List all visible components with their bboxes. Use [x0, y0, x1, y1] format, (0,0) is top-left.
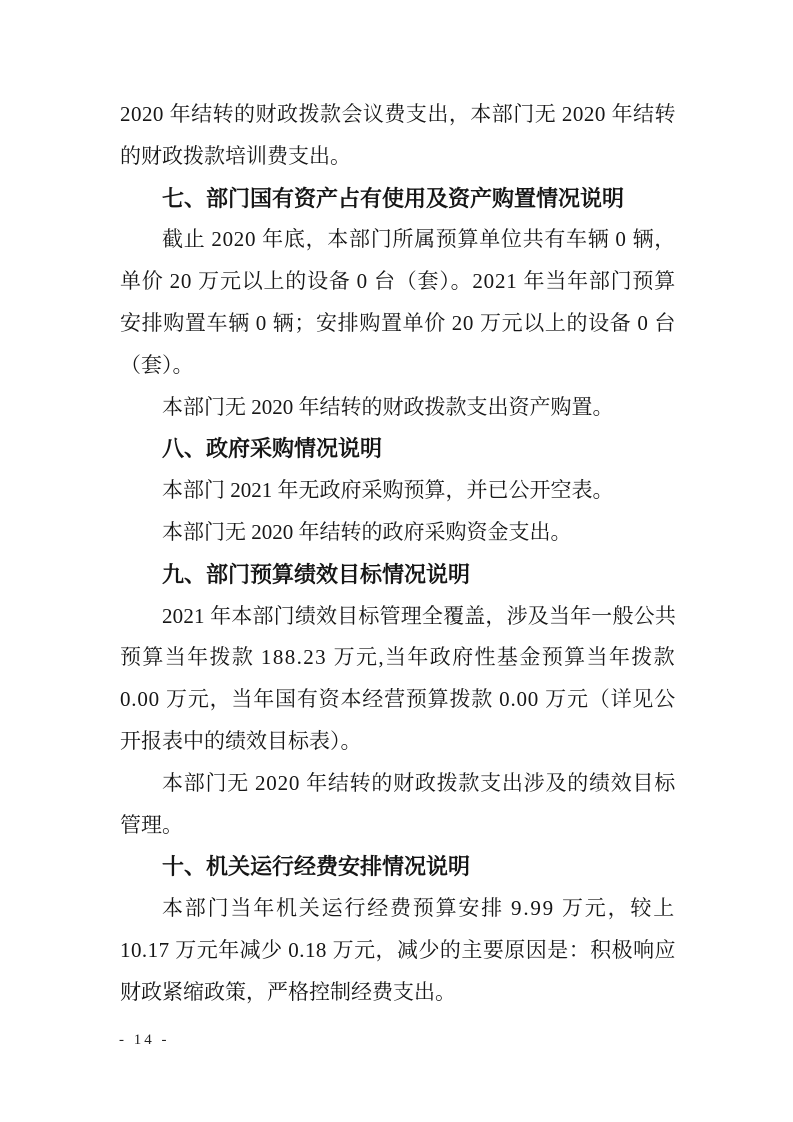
text-line-content: 0.00 万元，当年国有资本经营预算拨款 0.00 万元（详见公 — [120, 687, 676, 711]
text-line-content: 本部门无 2020 年结转的政府采购资金支出。 — [162, 520, 572, 544]
text-line: 预算当年拨款 188.23 万元,当年政府性基金预算当年拨款 — [120, 637, 676, 679]
text-line: 2021 年本部门绩效目标管理全覆盖，涉及当年一般公共 — [120, 596, 676, 638]
text-line: 本部门无 2020 年结转的政府采购资金支出。 — [120, 512, 676, 554]
text-line: 本部门无 2020 年结转的财政拨款支出涉及的绩效目标 — [120, 763, 676, 805]
text-line-content: 财政紧缩政策，严格控制经费支出。 — [120, 980, 456, 1004]
text-line-content: 单价 20 万元以上的设备 0 台（套）。2021 年当年部门预算 — [120, 269, 676, 293]
text-line-content: 本部门无 2020 年结转的财政拨款支出涉及的绩效目标 — [162, 771, 676, 795]
text-line-content: （套）。 — [120, 353, 194, 377]
text-line: 2020 年结转的财政拨款会议费支出，本部门无 2020 年结转 — [120, 94, 676, 136]
section-heading-text: 十、机关运行经费安排情况说明 — [162, 854, 470, 879]
text-line: 开报表中的绩效目标表）。 — [120, 721, 676, 763]
text-line: 本部门当年机关运行经费预算安排 9.99 万元，较上 — [120, 888, 676, 930]
text-line-content: 2020 年结转的财政拨款会议费支出，本部门无 2020 年结转 — [120, 102, 676, 126]
section-heading: 七、部门国有资产占有使用及资产购置情况说明 — [120, 178, 676, 220]
text-line-content: 10.17 万元年减少 0.18 万元，减少的主要原因是：积极响应 — [120, 938, 676, 962]
section-heading: 十、机关运行经费安排情况说明 — [120, 846, 676, 888]
text-line: （套）。 — [120, 345, 676, 387]
text-line-content: 的财政拨款培训费支出。 — [120, 144, 351, 168]
text-line: 本部门无 2020 年结转的财政拨款支出资产购置。 — [120, 387, 676, 429]
text-line: 0.00 万元，当年国有资本经营预算拨款 0.00 万元（详见公 — [120, 679, 676, 721]
document-page: 2020 年结转的财政拨款会议费支出，本部门无 2020 年结转的财政拨款培训费… — [0, 0, 793, 1122]
text-line-content: 管理。 — [120, 813, 183, 837]
section-heading-text: 九、部门预算绩效目标情况说明 — [162, 562, 470, 587]
text-line-content: 本部门无 2020 年结转的财政拨款支出资产购置。 — [162, 395, 614, 419]
text-line-content: 本部门当年机关运行经费预算安排 9.99 万元，较上 — [162, 896, 676, 920]
text-line: 财政紧缩政策，严格控制经费支出。 — [120, 972, 676, 1014]
text-line-content: 开报表中的绩效目标表）。 — [120, 729, 362, 753]
text-line: 10.17 万元年减少 0.18 万元，减少的主要原因是：积极响应 — [120, 930, 676, 972]
text-line-content: 截止 2020 年底，本部门所属预算单位共有车辆 0 辆， — [162, 227, 676, 251]
text-line-content: 预算当年拨款 188.23 万元,当年政府性基金预算当年拨款 — [120, 645, 676, 669]
section-heading: 九、部门预算绩效目标情况说明 — [120, 554, 676, 596]
text-line: 单价 20 万元以上的设备 0 台（套）。2021 年当年部门预算 — [120, 261, 676, 303]
text-line-content: 本部门 2021 年无政府采购预算，并已公开空表。 — [162, 478, 614, 502]
text-line: 管理。 — [120, 805, 676, 847]
text-line: 截止 2020 年底，本部门所属预算单位共有车辆 0 辆， — [120, 219, 676, 261]
section-heading-text: 八、政府采购情况说明 — [162, 436, 382, 461]
page-number: - 14 - — [119, 1030, 170, 1050]
text-line-content: 安排购置车辆 0 辆；安排购置单价 20 万元以上的设备 0 台 — [120, 311, 676, 335]
text-line: 安排购置车辆 0 辆；安排购置单价 20 万元以上的设备 0 台 — [120, 303, 676, 345]
text-line-content: 2021 年本部门绩效目标管理全覆盖，涉及当年一般公共 — [162, 604, 676, 628]
section-heading-text: 七、部门国有资产占有使用及资产购置情况说明 — [162, 186, 624, 211]
document-body: 2020 年结转的财政拨款会议费支出，本部门无 2020 年结转的财政拨款培训费… — [120, 94, 676, 1014]
text-line: 本部门 2021 年无政府采购预算，并已公开空表。 — [120, 470, 676, 512]
text-line: 的财政拨款培训费支出。 — [120, 136, 676, 178]
section-heading: 八、政府采购情况说明 — [120, 428, 676, 470]
